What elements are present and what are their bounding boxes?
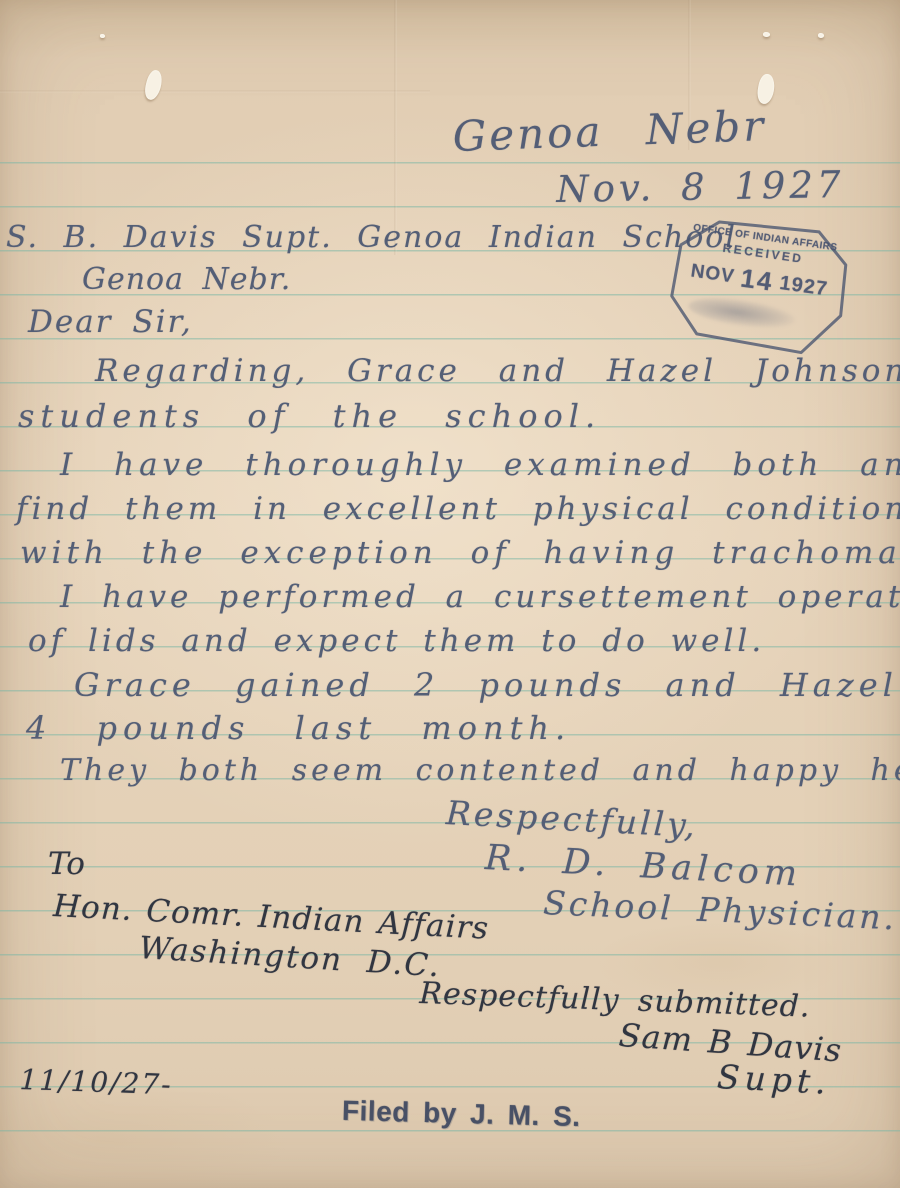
- endorsement-line: Respectfully submitted.: [419, 979, 811, 1023]
- filing-date: 11/10/27-: [19, 1066, 173, 1099]
- body-line: students of the school.: [18, 400, 601, 432]
- stamp-date-year: 1927: [778, 272, 829, 301]
- valediction: Respectfully,: [445, 796, 698, 842]
- recipient-line: Genoa Nebr.: [82, 265, 291, 295]
- stamp-smudge: [687, 293, 798, 334]
- paper-speck: [818, 33, 824, 38]
- physician-title: School Physician.: [543, 886, 898, 934]
- stamp-date-month: NOV: [689, 261, 736, 288]
- stamp-date-day: 14: [739, 263, 776, 297]
- body-line: Regarding, Grace and Hazel Johnson: [95, 356, 900, 387]
- body-line: They both seem contented and happy here.: [60, 756, 900, 786]
- physician-signature: R. D. Balcom: [484, 841, 803, 893]
- filed-stamp: Filed by J. M. S.: [342, 1097, 581, 1131]
- paper-speck: [763, 32, 770, 37]
- body-line: I have performed a cursettement operatio…: [60, 582, 900, 613]
- paper-speck: [100, 34, 105, 38]
- forward-addressee: Hon. Comr. Indian Affairs: [52, 891, 489, 945]
- body-line: I have thoroughly examined both and: [60, 450, 900, 481]
- forward-label: To: [48, 849, 85, 880]
- superintendent-title: Supt.: [716, 1060, 831, 1099]
- body-line: 4 pounds last month.: [26, 712, 571, 744]
- body-line: Grace gained 2 pounds and Hazel: [74, 669, 898, 701]
- body-line: of lids and expect them to do well.: [28, 626, 765, 657]
- paper-tear: [142, 69, 164, 102]
- letter-page: Genoa Nebr Nov. 8 1927 S. B. Davis Supt.…: [0, 0, 900, 1188]
- dateline-date: Nov. 8 1927: [556, 166, 845, 208]
- recipient-line: S. B. Davis Supt. Genoa Indian School: [6, 223, 737, 253]
- stamp-date: NOV 14 1927: [670, 255, 849, 305]
- salutation: Dear Sir,: [28, 307, 193, 338]
- body-line: find them in excellent physical conditio…: [16, 494, 900, 525]
- dateline-place: Genoa Nebr: [452, 105, 767, 158]
- body-line: with the exception of having trachoma.: [20, 538, 900, 569]
